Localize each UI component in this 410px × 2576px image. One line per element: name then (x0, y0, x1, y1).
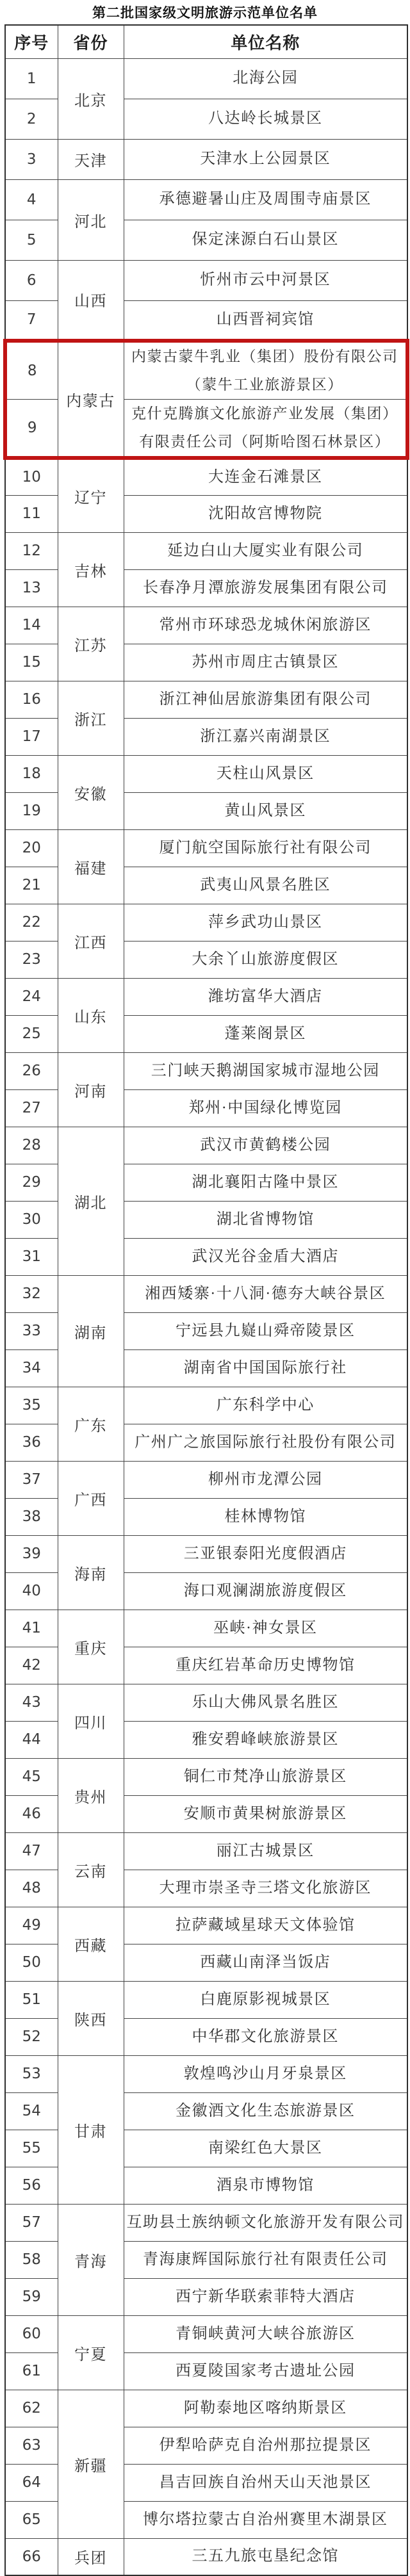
row-number-cell: 11 (5, 495, 58, 532)
unit-cell: 厦门航空国际旅行社有限公司 (124, 829, 407, 867)
row-number-cell: 33 (5, 1312, 58, 1349)
province-cell: 安徽 (58, 755, 124, 829)
province-cell: 海南 (58, 1535, 124, 1610)
row-number-cell: 35 (5, 1387, 58, 1424)
province-cell: 河北 (58, 179, 124, 260)
table-row: 6山西忻州市云中河景区 (5, 260, 407, 300)
unit-cell: 宁远县九嶷山舜帝陵景区 (124, 1312, 407, 1349)
unit-cell: 西藏山南泽当饭店 (124, 1944, 407, 1981)
unit-cell: 敦煌鸣沙山月牙泉景区 (124, 2055, 407, 2092)
province-cell: 山西 (58, 260, 124, 341)
row-number-cell: 58 (5, 2241, 58, 2278)
row-number-cell: 38 (5, 1498, 58, 1535)
unit-cell: 内蒙古蒙牛乳业（集团）股份有限公司 （蒙牛工业旅游景区） (124, 341, 407, 400)
row-number-cell: 50 (5, 1944, 58, 1981)
unit-cell: 萍乡武功山景区 (124, 904, 407, 941)
row-number-cell: 22 (5, 904, 58, 941)
table-row: 35广东广东科学中心 (5, 1387, 407, 1424)
unit-cell: 南梁红色大景区 (124, 2130, 407, 2167)
unit-cell: 延边白山大厦实业有限公司 (124, 532, 407, 569)
row-number-cell: 44 (5, 1721, 58, 1758)
unit-cell: 博尔塔拉蒙古自治州赛里木湖景区 (124, 2501, 407, 2538)
unit-cell: 青铜峡黄河大峡谷旅游区 (124, 2315, 407, 2352)
row-number-cell: 27 (5, 1089, 58, 1127)
table-row: 20福建厦门航空国际旅行社有限公司 (5, 829, 407, 867)
unit-cell: 苏州市周庄古镇景区 (124, 644, 407, 681)
unit-cell: 铜仁市梵净山旅游景区 (124, 1758, 407, 1795)
row-number-cell: 34 (5, 1349, 58, 1387)
province-cell: 西藏 (58, 1907, 124, 1981)
unit-cell: 大理市崇圣寺三塔文化旅游区 (124, 1870, 407, 1907)
row-number-cell: 42 (5, 1647, 58, 1684)
row-number-cell: 25 (5, 1015, 58, 1052)
row-number-cell: 49 (5, 1907, 58, 1944)
unit-cell: 安顺市黄果树旅游景区 (124, 1795, 407, 1832)
province-cell: 重庆 (58, 1610, 124, 1684)
page-title: 第二批国家级文明旅游示范单位名单 (38, 0, 372, 22)
table-row: 28湖北武汉市黄鹤楼公园 (5, 1127, 407, 1164)
unit-cell: 潍坊富华大酒店 (124, 978, 407, 1015)
unit-cell: 乐山大佛风景名胜区 (124, 1684, 407, 1721)
row-number-cell: 53 (5, 2055, 58, 2092)
row-number-cell: 46 (5, 1795, 58, 1832)
row-number-cell: 36 (5, 1424, 58, 1461)
table-row: 47云南丽江古城景区 (5, 1832, 407, 1870)
unit-cell: 承德避暑山庄及周围寺庙景区 (124, 179, 407, 220)
table-row: 37广西柳州市龙潭公园 (5, 1461, 407, 1498)
row-number-cell: 52 (5, 2018, 58, 2055)
province-cell: 湖北 (58, 1127, 124, 1275)
row-number-cell: 31 (5, 1238, 58, 1275)
row-number-cell: 24 (5, 978, 58, 1015)
table-row: 57青海互助县土族纳顿文化旅游开发有限公司 (5, 2204, 407, 2241)
units-table-body: 1北京北海公园2八达岭长城景区3天津天津水上公园景区4河北承德避暑山庄及周围寺庙… (5, 58, 407, 2575)
row-number-cell: 19 (5, 792, 58, 829)
table-row: 22江西萍乡武功山景区 (5, 904, 407, 941)
header-row: 序号 省份 单位名称 (5, 25, 407, 58)
unit-cell: 重庆红岩革命历史博物馆 (124, 1647, 407, 1684)
units-table: 序号 省份 单位名称 1北京北海公园2八达岭长城景区3天津天津水上公园景区4河北… (3, 24, 409, 2576)
unit-cell: 三门峡天鹅湖国家城市湿地公园 (124, 1052, 407, 1089)
row-number-cell: 26 (5, 1052, 58, 1089)
table-row: 18安徽天柱山风景区 (5, 755, 407, 792)
unit-cell: 柳州市龙潭公园 (124, 1461, 407, 1498)
col-header-unit: 单位名称 (124, 25, 407, 58)
row-number-cell: 5 (5, 220, 58, 260)
row-number-cell: 61 (5, 2352, 58, 2390)
province-cell: 甘肃 (58, 2055, 124, 2204)
province-cell: 贵州 (58, 1758, 124, 1832)
table-row: 39海南三亚银泰阳光度假酒店 (5, 1535, 407, 1572)
province-cell: 新疆 (58, 2390, 124, 2538)
unit-cell: 大余丫山旅游度假区 (124, 941, 407, 978)
row-number-cell: 12 (5, 532, 58, 569)
table-row: 12吉林延边白山大厦实业有限公司 (5, 532, 407, 569)
unit-cell: 八达岭长城景区 (124, 99, 407, 139)
unit-cell: 三五九旅屯垦纪念馆 (124, 2538, 407, 2575)
row-number-cell: 14 (5, 607, 58, 644)
table-row: 53甘肃敦煌鸣沙山月牙泉景区 (5, 2055, 407, 2092)
table-row: 14江苏常州市环球恐龙城休闲旅游区 (5, 607, 407, 644)
unit-cell: 蓬莱阁景区 (124, 1015, 407, 1052)
unit-cell: 湘西矮寨·十八洞·德夯大峡谷景区 (124, 1275, 407, 1312)
row-number-cell: 15 (5, 644, 58, 681)
row-number-cell: 7 (5, 300, 58, 341)
row-number-cell: 9 (5, 400, 58, 459)
table-row: 60宁夏青铜峡黄河大峡谷旅游区 (5, 2315, 407, 2352)
row-number-cell: 23 (5, 941, 58, 978)
unit-cell: 金徽酒文化生态旅游景区 (124, 2092, 407, 2130)
table-row: 3天津天津水上公园景区 (5, 139, 407, 179)
unit-cell: 天柱山风景区 (124, 755, 407, 792)
unit-cell: 湖北襄阳古隆中景区 (124, 1164, 407, 1201)
unit-cell: 中华郡文化旅游景区 (124, 2018, 407, 2055)
province-cell: 江苏 (58, 607, 124, 681)
province-cell: 陕西 (58, 1981, 124, 2055)
row-number-cell: 8 (5, 341, 58, 400)
row-number-cell: 3 (5, 139, 58, 179)
row-number-cell: 48 (5, 1870, 58, 1907)
row-number-cell: 30 (5, 1201, 58, 1238)
row-number-cell: 40 (5, 1572, 58, 1610)
province-cell: 内蒙古 (58, 341, 124, 458)
col-header-no: 序号 (5, 25, 58, 58)
unit-cell: 克什克腾旗文化旅游产业发展（集团） 有限责任公司（阿斯哈图石林景区） (124, 400, 407, 459)
unit-cell: 武汉市黄鹤楼公园 (124, 1127, 407, 1164)
province-cell: 山东 (58, 978, 124, 1052)
province-cell: 宁夏 (58, 2315, 124, 2390)
row-number-cell: 21 (5, 867, 58, 904)
unit-cell: 黄山风景区 (124, 792, 407, 829)
unit-cell: 保定涞源白石山景区 (124, 220, 407, 260)
unit-cell: 昌吉回族自治州天山天池景区 (124, 2464, 407, 2501)
unit-cell: 西夏陵国家考古遗址公园 (124, 2352, 407, 2390)
province-cell: 兵团 (58, 2538, 124, 2575)
row-number-cell: 57 (5, 2204, 58, 2241)
row-number-cell: 41 (5, 1610, 58, 1647)
province-cell: 浙江 (58, 681, 124, 755)
row-number-cell: 32 (5, 1275, 58, 1312)
province-cell: 天津 (58, 139, 124, 179)
row-number-cell: 17 (5, 718, 58, 755)
province-cell: 云南 (58, 1832, 124, 1907)
row-number-cell: 13 (5, 569, 58, 607)
row-number-cell: 56 (5, 2167, 58, 2204)
row-number-cell: 1 (5, 58, 58, 99)
unit-cell: 武汉光谷金盾大酒店 (124, 1238, 407, 1275)
unit-cell: 长春净月潭旅游发展集团有限公司 (124, 569, 407, 607)
province-cell: 广西 (58, 1461, 124, 1535)
table-row: 24山东潍坊富华大酒店 (5, 978, 407, 1015)
table-row: 4河北承德避暑山庄及周围寺庙景区 (5, 179, 407, 220)
table-row: 41重庆巫峡·神女景区 (5, 1610, 407, 1647)
province-cell: 湖南 (58, 1275, 124, 1387)
unit-cell: 广东科学中心 (124, 1387, 407, 1424)
unit-cell: 湖北省博物馆 (124, 1201, 407, 1238)
row-number-cell: 37 (5, 1461, 58, 1498)
table-row: 16浙江浙江神仙居旅游集团有限公司 (5, 681, 407, 718)
province-cell: 江西 (58, 904, 124, 978)
row-number-cell: 20 (5, 829, 58, 867)
province-cell: 四川 (58, 1684, 124, 1758)
unit-cell: 浙江嘉兴南湖景区 (124, 718, 407, 755)
province-cell: 辽宁 (58, 458, 124, 532)
row-number-cell: 65 (5, 2501, 58, 2538)
unit-cell: 白鹿原影视城景区 (124, 1981, 407, 2018)
unit-cell: 浙江神仙居旅游集团有限公司 (124, 681, 407, 718)
unit-cell: 大连金石滩景区 (124, 458, 407, 495)
unit-cell: 雅安碧峰峡旅游景区 (124, 1721, 407, 1758)
unit-cell: 忻州市云中河景区 (124, 260, 407, 300)
unit-cell: 拉萨藏域星球天文体验馆 (124, 1907, 407, 1944)
row-number-cell: 43 (5, 1684, 58, 1721)
row-number-cell: 54 (5, 2092, 58, 2130)
unit-cell: 丽江古城景区 (124, 1832, 407, 1870)
unit-cell: 阿勒泰地区喀纳斯景区 (124, 2390, 407, 2427)
table-row: 45贵州铜仁市梵净山旅游景区 (5, 1758, 407, 1795)
row-number-cell: 28 (5, 1127, 58, 1164)
table-row: 49西藏拉萨藏域星球天文体验馆 (5, 1907, 407, 1944)
unit-cell: 三亚银泰阳光度假酒店 (124, 1535, 407, 1572)
province-cell: 北京 (58, 58, 124, 139)
table-row: 51陕西白鹿原影视城景区 (5, 1981, 407, 2018)
unit-cell: 沈阳故宫博物院 (124, 495, 407, 532)
unit-cell: 天津水上公园景区 (124, 139, 407, 179)
row-number-cell: 62 (5, 2390, 58, 2427)
unit-cell: 酒泉市博物馆 (124, 2167, 407, 2204)
unit-cell: 伊犁哈萨克自治州那拉提景区 (124, 2427, 407, 2464)
row-number-cell: 64 (5, 2464, 58, 2501)
table-row: 43四川乐山大佛风景名胜区 (5, 1684, 407, 1721)
row-number-cell: 6 (5, 260, 58, 300)
unit-cell: 广州广之旅国际旅行社股份有限公司 (124, 1424, 407, 1461)
table-row: 26河南三门峡天鹅湖国家城市湿地公园 (5, 1052, 407, 1089)
unit-cell: 桂林博物馆 (124, 1498, 407, 1535)
row-number-cell: 16 (5, 681, 58, 718)
row-number-cell: 55 (5, 2130, 58, 2167)
row-number-cell: 45 (5, 1758, 58, 1795)
row-number-cell: 63 (5, 2427, 58, 2464)
unit-cell: 互助县土族纳顿文化旅游开发有限公司 (124, 2204, 407, 2241)
table-row: 1北京北海公园 (5, 58, 407, 99)
row-number-cell: 39 (5, 1535, 58, 1572)
row-number-cell: 18 (5, 755, 58, 792)
province-cell: 青海 (58, 2204, 124, 2315)
unit-cell: 巫峡·神女景区 (124, 1610, 407, 1647)
table-row: 32湖南湘西矮寨·十八洞·德夯大峡谷景区 (5, 1275, 407, 1312)
unit-cell: 武夷山风景名胜区 (124, 867, 407, 904)
province-cell: 广东 (58, 1387, 124, 1461)
highlighted-row: 8内蒙古内蒙古蒙牛乳业（集团）股份有限公司 （蒙牛工业旅游景区） (5, 341, 407, 400)
unit-cell: 湖南省中国国际旅行社 (124, 1349, 407, 1387)
table-row: 10辽宁大连金石滩景区 (5, 458, 407, 495)
row-number-cell: 66 (5, 2538, 58, 2575)
row-number-cell: 59 (5, 2278, 58, 2315)
row-number-cell: 4 (5, 179, 58, 220)
table-row: 66兵团三五九旅屯垦纪念馆 (5, 2538, 407, 2575)
row-number-cell: 47 (5, 1832, 58, 1870)
col-header-province: 省份 (58, 25, 124, 58)
unit-cell: 北海公园 (124, 58, 407, 99)
province-cell: 福建 (58, 829, 124, 904)
province-cell: 河南 (58, 1052, 124, 1127)
row-number-cell: 60 (5, 2315, 58, 2352)
table-row: 62新疆阿勒泰地区喀纳斯景区 (5, 2390, 407, 2427)
province-cell: 吉林 (58, 532, 124, 607)
unit-cell: 郑州·中国绿化博览园 (124, 1089, 407, 1127)
unit-cell: 山西晋祠宾馆 (124, 300, 407, 341)
row-number-cell: 10 (5, 458, 58, 495)
row-number-cell: 29 (5, 1164, 58, 1201)
unit-cell: 海口观澜湖旅游度假区 (124, 1572, 407, 1610)
unit-cell: 青海康辉国际旅行社有限责任公司 (124, 2241, 407, 2278)
unit-cell: 西宁新华联索菲特大酒店 (124, 2278, 407, 2315)
row-number-cell: 2 (5, 99, 58, 139)
row-number-cell: 51 (5, 1981, 58, 2018)
unit-cell: 常州市环球恐龙城休闲旅游区 (124, 607, 407, 644)
